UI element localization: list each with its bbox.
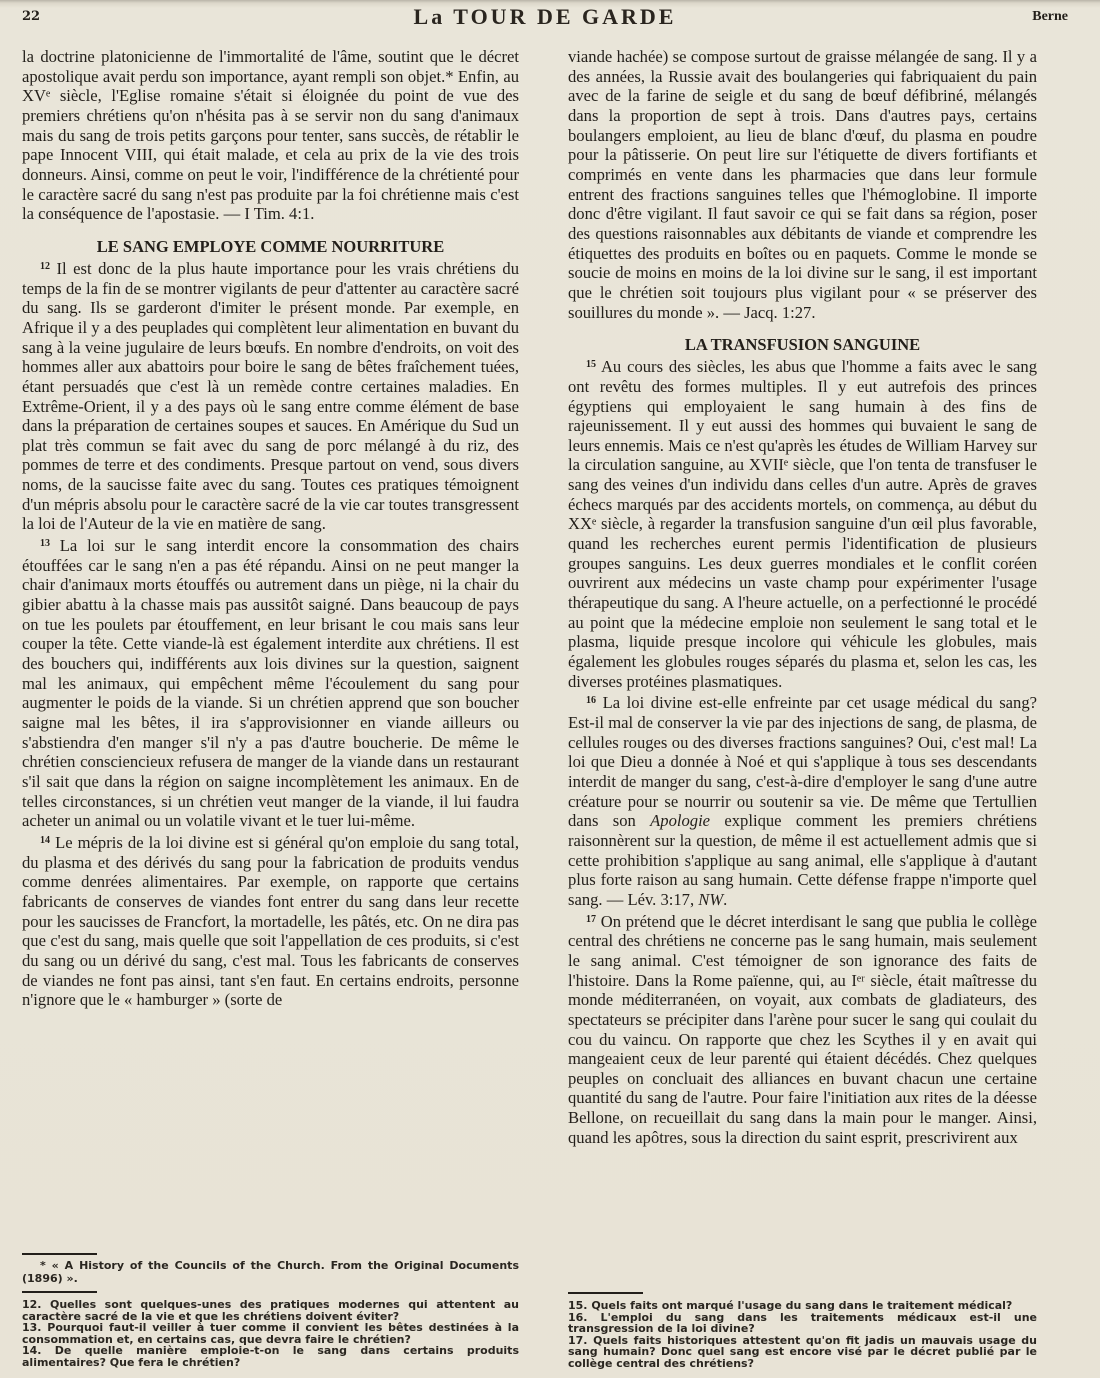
source-footnote: * « A History of the Councils of the Chu… bbox=[22, 1259, 519, 1285]
study-question: 17. Quels faits historiques attestent qu… bbox=[568, 1335, 1037, 1370]
study-question: 15. Quels faits ont marqué l'usage du sa… bbox=[568, 1300, 1037, 1312]
paragraph-text: Au cours des siècles, les abus que l'hom… bbox=[568, 357, 1037, 691]
questions-divider bbox=[568, 1292, 643, 1294]
paragraph-number: 15 bbox=[586, 359, 596, 370]
paragraph-text: . bbox=[723, 890, 727, 909]
magazine-page: 22 La TOUR DE GARDE Berne la doctrine pl… bbox=[0, 0, 1100, 1378]
paragraph-12: 12 Il est donc de la plus haute importan… bbox=[22, 257, 519, 534]
left-column: la doctrine platonicienne de l'immortali… bbox=[22, 47, 519, 1010]
paragraph-text: La loi sur le sang interdit encore la co… bbox=[22, 536, 519, 830]
intro-paragraph: la doctrine platonicienne de l'immortali… bbox=[22, 47, 519, 224]
questions-divider bbox=[22, 1291, 97, 1293]
intro-paragraph: viande hachée) se compose surtout de gra… bbox=[568, 47, 1037, 322]
paragraph-16: 16 La loi divine est-elle enfreinte par … bbox=[568, 691, 1037, 909]
section-heading: LA TRANSFUSION SANGUINE bbox=[568, 335, 1037, 355]
paragraph-text: La loi divine est-elle enfreinte par cet… bbox=[568, 693, 1037, 830]
study-question: 12. Quelles sont quelques-unes des prati… bbox=[22, 1299, 519, 1322]
paragraph-text: On prétend que le décret interdisant le … bbox=[568, 912, 1037, 1147]
paragraph-number: 14 bbox=[40, 835, 50, 846]
paragraph-17: 17 On prétend que le décret interdisant … bbox=[568, 910, 1037, 1148]
paragraph-text: Il est donc de la plus haute importance … bbox=[22, 259, 519, 534]
page-header: 22 La TOUR DE GARDE Berne bbox=[22, 4, 1068, 30]
left-footnotes: * « A History of the Councils of the Chu… bbox=[22, 1253, 519, 1369]
edition-label: Berne bbox=[1032, 9, 1068, 25]
right-column: viande hachée) se compose surtout de gra… bbox=[568, 47, 1037, 1147]
paragraph-number: 13 bbox=[40, 538, 50, 549]
footnote-divider bbox=[22, 1253, 97, 1255]
paragraph-14: 14 Le mépris de la loi divine est si gén… bbox=[22, 831, 519, 1010]
study-question: 16. L'emploi du sang dans les traitement… bbox=[568, 1312, 1037, 1335]
paragraph-number: 16 bbox=[586, 695, 596, 706]
study-question: 13. Pourquoi faut-il veiller à tuer comm… bbox=[22, 1322, 519, 1345]
paragraph-number: 12 bbox=[40, 261, 50, 272]
section-heading: LE SANG EMPLOYE COMME NOURRITURE bbox=[22, 237, 519, 257]
paragraph-13: 13 La loi sur le sang interdit encore la… bbox=[22, 534, 519, 831]
paragraph-number: 17 bbox=[586, 914, 596, 925]
study-question: 14. De quelle manière emploie-t-on le sa… bbox=[22, 1345, 519, 1368]
translation-abbrev: NW bbox=[698, 890, 723, 909]
book-title: Apologie bbox=[650, 811, 710, 830]
publication-title: La TOUR DE GARDE bbox=[22, 4, 1068, 30]
right-footnotes: 15. Quels faits ont marqué l'usage du sa… bbox=[568, 1292, 1037, 1370]
paragraph-text: Le mépris de la loi divine est si généra… bbox=[22, 833, 519, 1009]
paragraph-15: 15 Au cours des siècles, les abus que l'… bbox=[568, 355, 1037, 691]
